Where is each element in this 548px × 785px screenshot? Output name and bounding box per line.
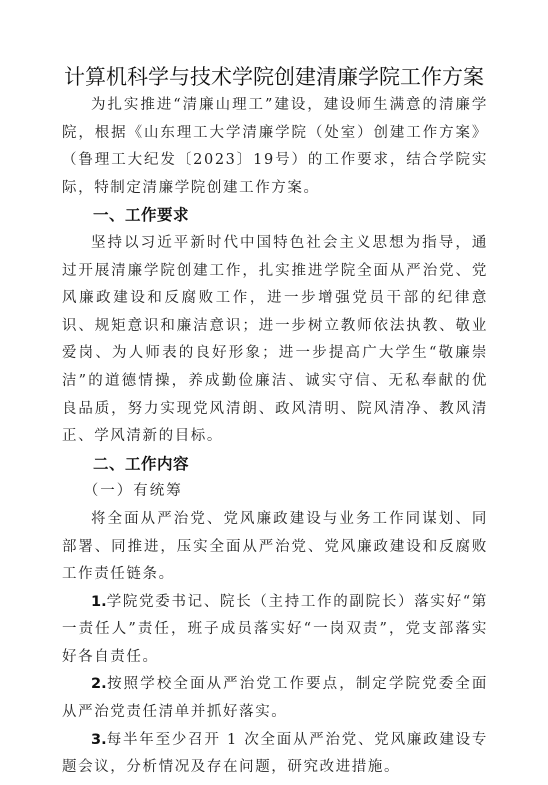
subsection-heading-coordination: （一）有统筹 — [62, 478, 488, 506]
item-text: 按照学校全面从严治党工作要点，制定学院党委全面从严治党责任清单并抓好落实。 — [62, 676, 488, 720]
item-number: 3. — [91, 732, 107, 748]
requirements-paragraph: 坚持以习近平新时代中国特色社会主义思想为指导，通过开展清廉学院创建工作，扎实推进… — [62, 230, 488, 451]
list-item: 1.学院党委书记、院长（主持工作的副院长）落实好“第一责任人”责任，班子成员落实… — [62, 589, 488, 672]
section-heading-content: 二、工作内容 — [62, 451, 488, 479]
document-page: 计算机科学与技术学院创建清廉学院工作方案 为扎实推进“清廉山理工”建设，建设师生… — [0, 0, 548, 785]
intro-paragraph: 为扎实推进“清廉山理工”建设，建设师生满意的清廉学院，根据《山东理工大学清廉学院… — [62, 92, 488, 202]
section-heading-requirements: 一、工作要求 — [62, 202, 488, 230]
document-title: 计算机科学与技术学院创建清廉学院工作方案 — [0, 62, 548, 92]
list-item: 2.按照学校全面从严治党工作要点，制定学院党委全面从严治党责任清单并抓好落实。 — [62, 671, 488, 726]
list-item: 3.每半年至少召开 1 次全面从严治党、党风廉政建设专题会议，分析情况及存在问题… — [62, 727, 488, 782]
document-body: 为扎实推进“清廉山理工”建设，建设师生满意的清廉学院，根据《山东理工大学清廉学院… — [62, 92, 488, 782]
item-number: 1. — [91, 594, 107, 610]
item-number: 2. — [91, 676, 107, 692]
item-text: 每半年至少召开 1 次全面从严治党、党风廉政建设专题会议，分析情况及存在问题，研… — [62, 732, 488, 776]
coordination-paragraph: 将全面从严治党、党风廉政建设与业务工作同谋划、同部署、同推进，压实全面从严治党、… — [62, 506, 488, 589]
item-text: 学院党委书记、院长（主持工作的副院长）落实好“第一责任人”责任，班子成员落实好“… — [62, 594, 488, 665]
